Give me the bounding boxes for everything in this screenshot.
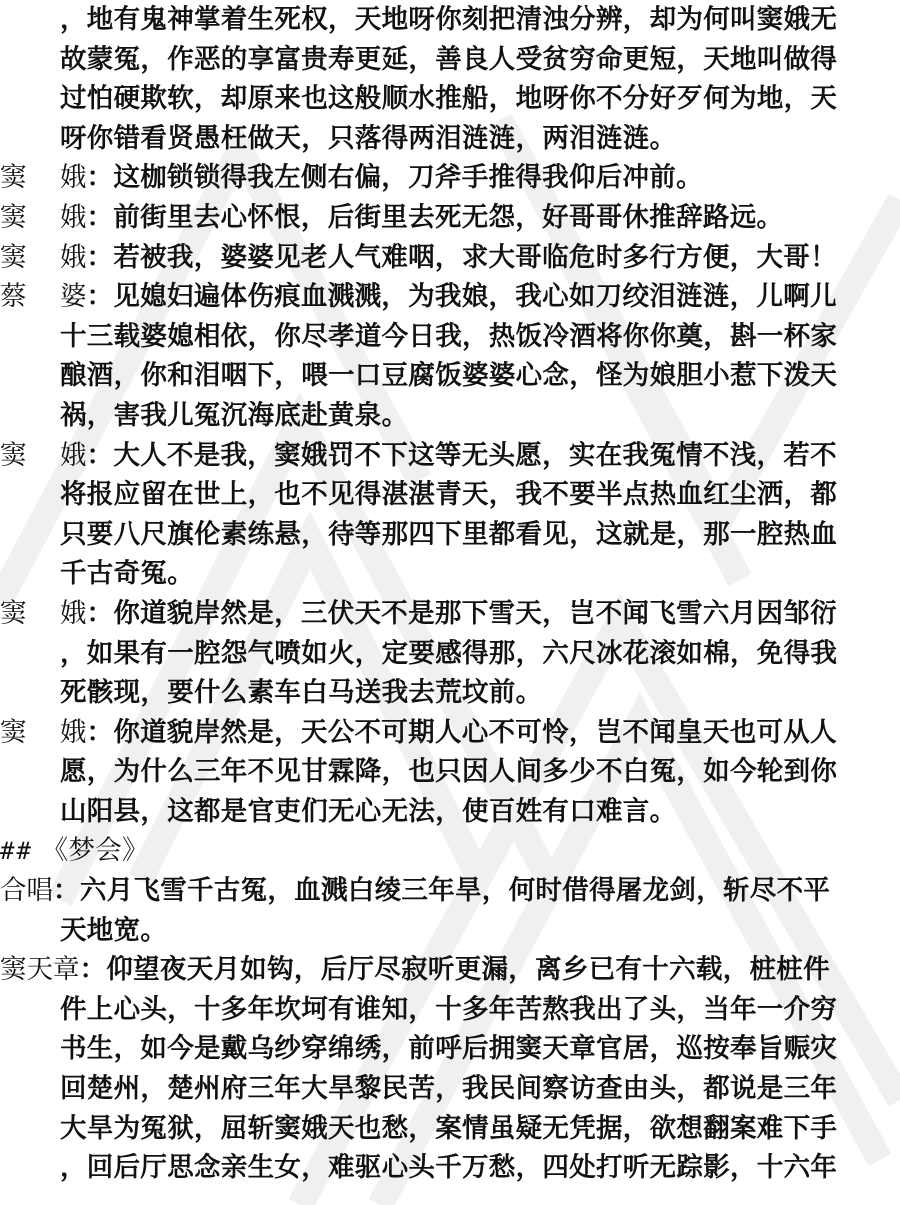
speaker-colon: ：	[87, 717, 114, 748]
text-line: 六月飞雪千古冤，血溅白绫三年旱，何时借得屠龙剑，斩尽不平	[80, 875, 830, 906]
speaker-label: 合唱	[0, 875, 53, 906]
speaker-label: 蔡	[0, 277, 60, 317]
speaker-label: 窦	[0, 158, 60, 198]
speech-continuation: ，地有鬼神掌着生死权，天地呀你刻把清浊分辨，却为何叫窦娥无 故蒙冤，作恶的享富贵…	[0, 0, 900, 158]
speaker-char: 窦	[0, 594, 56, 634]
speech-dou-e: 窦娥：大人不是我，窦娥罚不下这等无头愿，实在我冤情不浅，若不 将报应留在世上，也…	[0, 436, 900, 594]
speech-dou-e: 窦娥：你道貌岸然是，三伏天不是那下雪天，岂不闻飞雪六月因邹衍 ，如果有一腔怨气喷…	[0, 594, 900, 713]
text-line: 这枷锁锁得我左侧右偏，刀斧手推得我仰后冲前。	[113, 162, 703, 193]
heading-marker: ##	[0, 837, 33, 865]
speaker-colon: ：	[87, 281, 114, 312]
speech-dou-tianzhang: 窦天章：仰望夜天月如钩，后厅尽寂听更漏，离乡已有十六载，桩桩件 件上心头，十多年…	[0, 950, 900, 1188]
speaker-label-2: 娥	[60, 440, 87, 471]
speaker-label: 窦	[0, 713, 60, 753]
speaker-colon: ：	[87, 162, 114, 193]
text-line: ，如果有一腔怨气喷如火，定要感得那，六尺冰花滚如棉，免得我	[0, 634, 900, 674]
text-line: 大旱为冤狱，屈斩窦娥天也愁，案情虽疑无凭据，欲想翻案难下手	[0, 1109, 900, 1149]
speech-chorus: 合唱：六月飞雪千古冤，血溅白绫三年旱，何时借得屠龙剑，斩尽不平 天地宽。	[0, 871, 900, 950]
speaker-label-2: 娥	[60, 598, 87, 629]
speaker-char: 窦	[0, 713, 56, 753]
speech-cai-po: 蔡婆：见媳妇遍体伤痕血溅溅，为我娘，我心如刀绞泪涟涟，儿啊儿 十三载婆媳相依，你…	[0, 277, 900, 435]
text-line: 山阳县，这都是官吏们无心无法，使百姓有口难言。	[0, 792, 900, 832]
text-line: 呀你错看贤愚枉做天，只落得两泪涟涟，两泪涟涟。	[0, 119, 900, 159]
speaker-label-2: 娥	[60, 202, 87, 233]
speech-dou-e: 窦娥：这枷锁锁得我左侧右偏，刀斧手推得我仰后冲前。	[0, 158, 900, 198]
speech-dou-e: 窦娥：前街里去心怀恨，后街里去死无怨，好哥哥休推辞路远。	[0, 198, 900, 238]
speaker-colon: ：	[87, 202, 114, 233]
speaker-label: 窦	[0, 198, 60, 238]
text-line: ，地有鬼神掌着生死权，天地呀你刻把清浊分辨，却为何叫窦娥无	[0, 0, 900, 40]
text-line: 前街里去心怀恨，后街里去死无怨，好哥哥休推辞路远。	[113, 202, 783, 233]
speaker-label: 窦天章	[0, 954, 80, 985]
speaker-colon: ：	[80, 954, 107, 985]
text-line: 死骸现，要什么素车白马送我去荒坟前。	[0, 673, 900, 713]
speaker-label-2: 娥	[60, 242, 87, 273]
text-line: 祸，害我儿冤沉海底赴黄泉。	[0, 396, 900, 436]
speaker-char: 窦	[0, 436, 56, 476]
script-document: ，地有鬼神掌着生死权，天地呀你刻把清浊分辨，却为何叫窦娥无 故蒙冤，作恶的享富贵…	[0, 0, 900, 1188]
text-line: 回楚州，楚州府三年大旱黎民苦，我民间察访查由头，都说是三年	[0, 1069, 900, 1109]
section-heading: ## 《梦会》	[0, 831, 900, 871]
text-line: 大人不是我，窦娥罚不下这等无头愿，实在我冤情不浅，若不	[113, 440, 837, 471]
text-line: 过怕硬欺软，却原来也这般顺水推船，地呀你不分好歹何为地，天	[0, 79, 900, 119]
text-line: 故蒙冤，作恶的享富贵寿更延，善良人受贫穷命更短，天地叫做得	[0, 40, 900, 80]
text-line: 见媳妇遍体伤痕血溅溅，为我娘，我心如刀绞泪涟涟，儿啊儿	[113, 281, 837, 312]
speaker-label-2: 娥	[60, 717, 87, 748]
text-line: ，回后厅思念亲生女，难驱心头千万愁，四处打听无踪影，十六年	[0, 1148, 900, 1188]
text-line: 仰望夜天月如钩，后厅尽寂听更漏，离乡已有十六载，桩桩件	[106, 954, 830, 985]
speaker-char: 蔡	[0, 277, 56, 317]
heading-title: 《梦会》	[42, 835, 149, 866]
text-line: 你道貌岸然是，天公不可期人心不可怜，岂不闻皇天也可从人	[113, 717, 837, 748]
text-line: 十三载婆媳相依，你尽孝道今日我，热饭冷酒将你你奠，斟一杯家	[0, 317, 900, 357]
speaker-char: 窦	[0, 238, 56, 278]
speaker-char: 窦	[0, 158, 56, 198]
speaker-label: 窦	[0, 436, 60, 476]
text-line: 书生，如今是戴乌纱穿绵绣，前呼后拥窦天章官居，巡按奉旨赈灾	[0, 1029, 900, 1069]
text-line: 酿酒，你和泪咽下，喂一口豆腐饭婆婆心念，怪为娘胆小惹下泼天	[0, 356, 900, 396]
text-line: 千古奇冤。	[0, 554, 900, 594]
text-line: 你道貌岸然是，三伏天不是那下雪天，岂不闻飞雪六月因邹衍	[113, 598, 837, 629]
speaker-label: 窦	[0, 594, 60, 634]
speaker-colon: ：	[87, 440, 114, 471]
speaker-colon: ：	[87, 598, 114, 629]
text-line: 将报应留在世上，也不见得湛湛青天，我不要半点热血红尘洒，都	[0, 475, 900, 515]
speaker-label-2: 娥	[60, 162, 87, 193]
speaker-colon: ：	[87, 242, 114, 273]
speech-dou-e: 窦娥：若被我，婆婆见老人气难咽，求大哥临危时多行方便，大哥！	[0, 238, 900, 278]
text-line: 只要八尺旗伦素练悬，待等那四下里都看见，这就是，那一腔热血	[0, 515, 900, 555]
text-line: 若被我，婆婆见老人气难咽，求大哥临危时多行方便，大哥！	[113, 242, 837, 273]
speaker-label-2: 婆	[60, 281, 87, 312]
speaker-colon: ：	[53, 875, 80, 906]
speaker-label: 窦	[0, 238, 60, 278]
text-line: 愿，为什么三年不见甘霖降，也只因人间多少不白冤，如今轮到你	[0, 752, 900, 792]
speech-dou-e: 窦娥：你道貌岸然是，天公不可期人心不可怜，岂不闻皇天也可从人 愿，为什么三年不见…	[0, 713, 900, 832]
text-line: 天地宽。	[0, 911, 900, 951]
speaker-char: 窦	[0, 198, 56, 238]
text-line: 件上心头，十多年坎坷有谁知，十多年苦熬我出了头，当年一介穷	[0, 990, 900, 1030]
